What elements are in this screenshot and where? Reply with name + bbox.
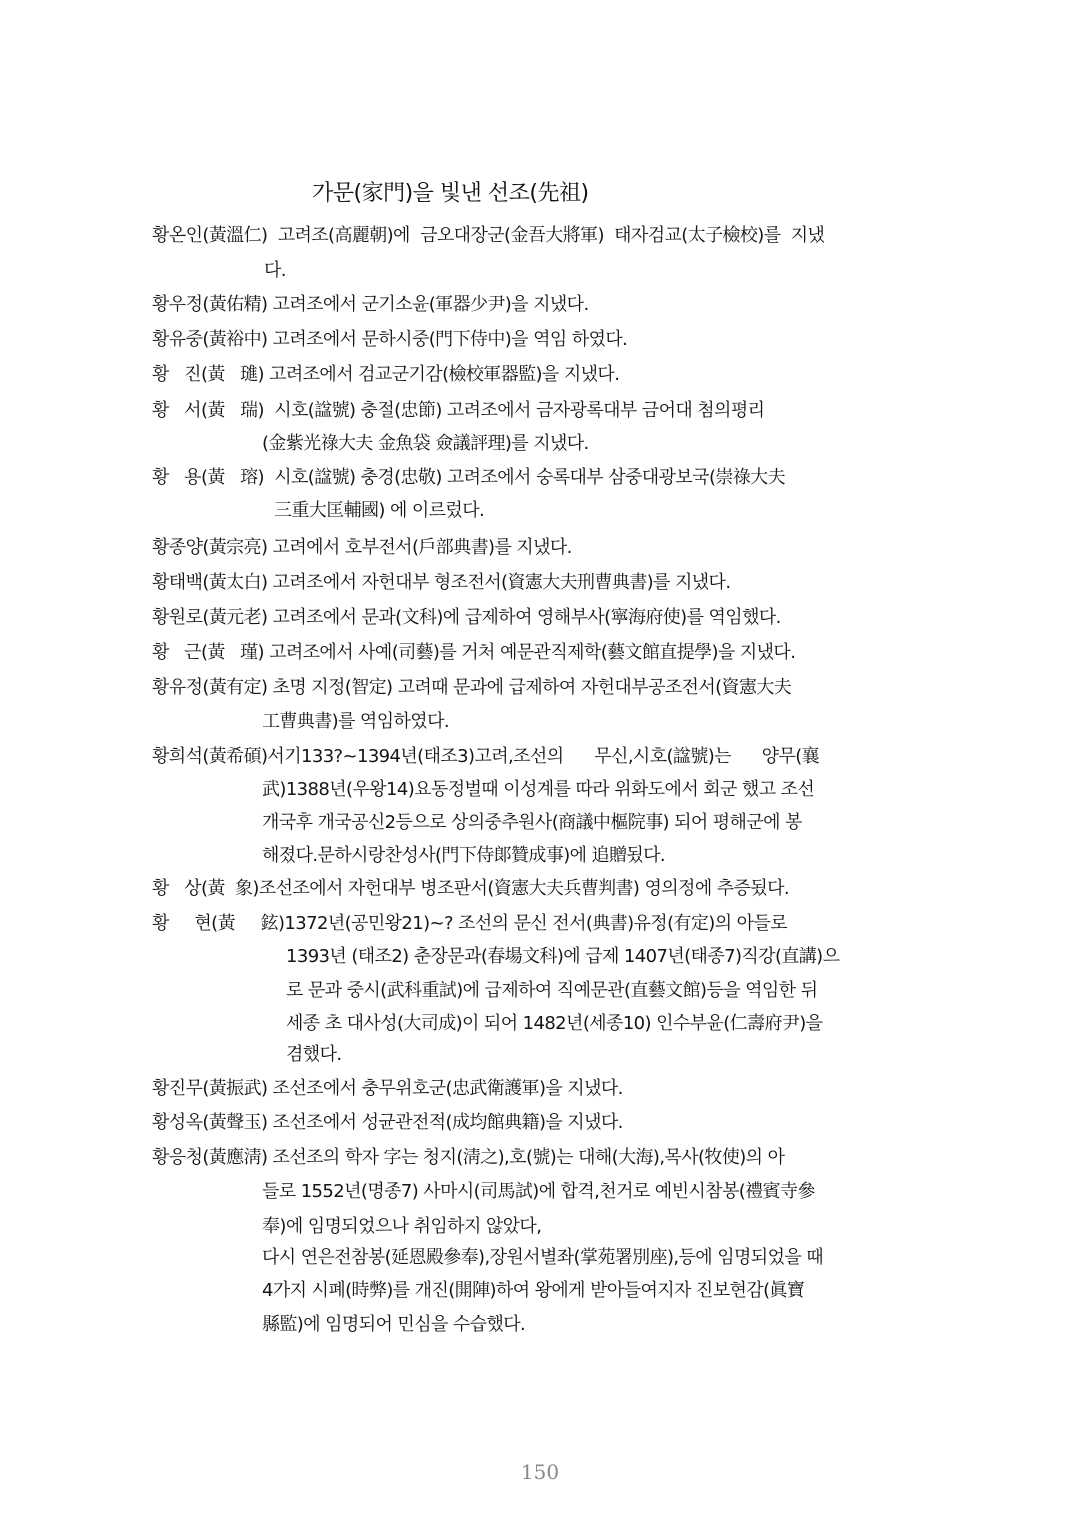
entry-line: 황원로(黃元老) 고려조에서 문과(文科)에 급제하여 영해부사(寧海府使)를 … (152, 603, 781, 629)
entry-line: 개국후 개국공신2등으로 상의중추원사(商議中樞院事) 되어 평해군에 봉 (262, 808, 802, 834)
entry-line: 다시 연은전참봉(延恩殿參奉),장원서별좌(掌苑署別座),등에 임명되었을 때 (262, 1243, 823, 1269)
entry-line: (金紫光祿大夫 金魚袋 僉議評理)를 지냈다. (262, 429, 589, 455)
entry-line: 4가지 시폐(時弊)를 개진(開陣)하여 왕에게 받아들여지자 진보현감(眞寶 (262, 1276, 804, 1302)
entry-line: 황 용(黃 瑢) 시호(諡號) 충경(忠敬) 고려조에서 숭록대부 삼중대광보국… (152, 463, 785, 489)
entry-line: 奉)에 임명되었으나 취임하지 않았다, (262, 1212, 541, 1238)
entry-line: 三重大匡輔國) 에 이르렀다. (274, 496, 484, 522)
entry-line: 황온인(黃溫仁) 고려조(高麗朝)에 금오대장군(金吾大將軍) 태자검교(太子檢… (152, 221, 824, 247)
entry-line: 武)1388년(우왕14)요동정벌때 이성계를 따라 위화도에서 회군 했고 조… (262, 775, 814, 801)
entry-line: 工曹典書)를 역임하였다. (262, 707, 449, 733)
entry-line: 황 상(黃 象)조선조에서 자헌대부 병조판서(資憲大夫兵曹判書) 영의정에 추… (152, 874, 789, 900)
document-page: 가문(家門)을 빛낸 선조(先祖) 황온인(黃溫仁) 고려조(高麗朝)에 금오대… (0, 0, 1080, 1526)
entry-line: 해졌다.문하시랑찬성사(門下侍郞贊成事)에 追贈됬다. (262, 841, 665, 867)
entry-line: 로 문과 중시(武科重試)에 급제하여 직예문관(直藝文館)등을 역임한 뒤 (286, 976, 817, 1002)
entry-line: 황우정(黃佑精) 고려조에서 군기소윤(軍器少尹)을 지냈다. (152, 290, 589, 316)
entry-line: 황유정(黃有定) 초명 지정(智定) 고려때 문과에 급제하여 자헌대부공조전서… (152, 673, 791, 699)
entry-line: 겸했다. (286, 1040, 342, 1066)
entry-line: 황진무(黃振武) 조선조에서 충무위호군(忠武衛護軍)을 지냈다. (152, 1074, 623, 1100)
entry-line: 들로 1552년(명종7) 사마시(司馬試)에 합격,천거로 예빈시참봉(禮賓寺… (262, 1177, 815, 1203)
entry-line: 縣監)에 임명되어 민심을 수습했다. (262, 1310, 525, 1336)
entry-line: 황종양(黃宗亮) 고려에서 호부전서(戶部典書)를 지냈다. (152, 533, 572, 559)
entry-line: 황성옥(黃聲玉) 조선조에서 성균관전적(成均館典籍)을 지냈다. (152, 1108, 623, 1134)
entry-line: 황희석(黃希碩)서기133?~1394년(태조3)고려,조선의 무신,시호(諡號… (152, 742, 819, 768)
entry-line: 세종 초 대사성(大司成)이 되어 1482년(세종10) 인수부윤(仁壽府尹)… (286, 1009, 822, 1035)
entry-line: 황응청(黃應淸) 조선조의 학자 字는 청지(淸之),호(號)는 대해(大海),… (152, 1143, 784, 1169)
entry-line: 황태백(黃太白) 고려조에서 자헌대부 형조전서(資憲大夫刑曹典書)를 지냈다. (152, 568, 730, 594)
entry-line: 다. (264, 256, 286, 282)
entry-line: 황 현(黃 鉉)1372년(공민왕21)~? 조선의 문신 전서(典書)유정(有… (152, 909, 787, 935)
page-title: 가문(家門)을 빛낸 선조(先祖) (312, 176, 589, 207)
entry-line: 황유중(黃裕中) 고려조에서 문하시중(門下侍中)을 역임 하였다. (152, 325, 627, 351)
entry-line: 황 진(黃 璡) 고려조에서 검교군기감(檢校軍器監)을 지냈다. (152, 360, 619, 386)
page-number: 150 (0, 1460, 1080, 1484)
entry-line: 황 근(黃 瑾) 고려조에서 사예(司藝)를 거처 예문관직제학(藝文館直提學)… (152, 638, 795, 664)
entry-line: 1393년 (태조2) 춘장문과(春場文科)에 급제 1407년(태종7)직강(… (286, 942, 839, 968)
entry-line: 황 서(黃 瑞) 시호(諡號) 충절(忠節) 고려조에서 금자광록대부 금어대 … (152, 396, 764, 422)
